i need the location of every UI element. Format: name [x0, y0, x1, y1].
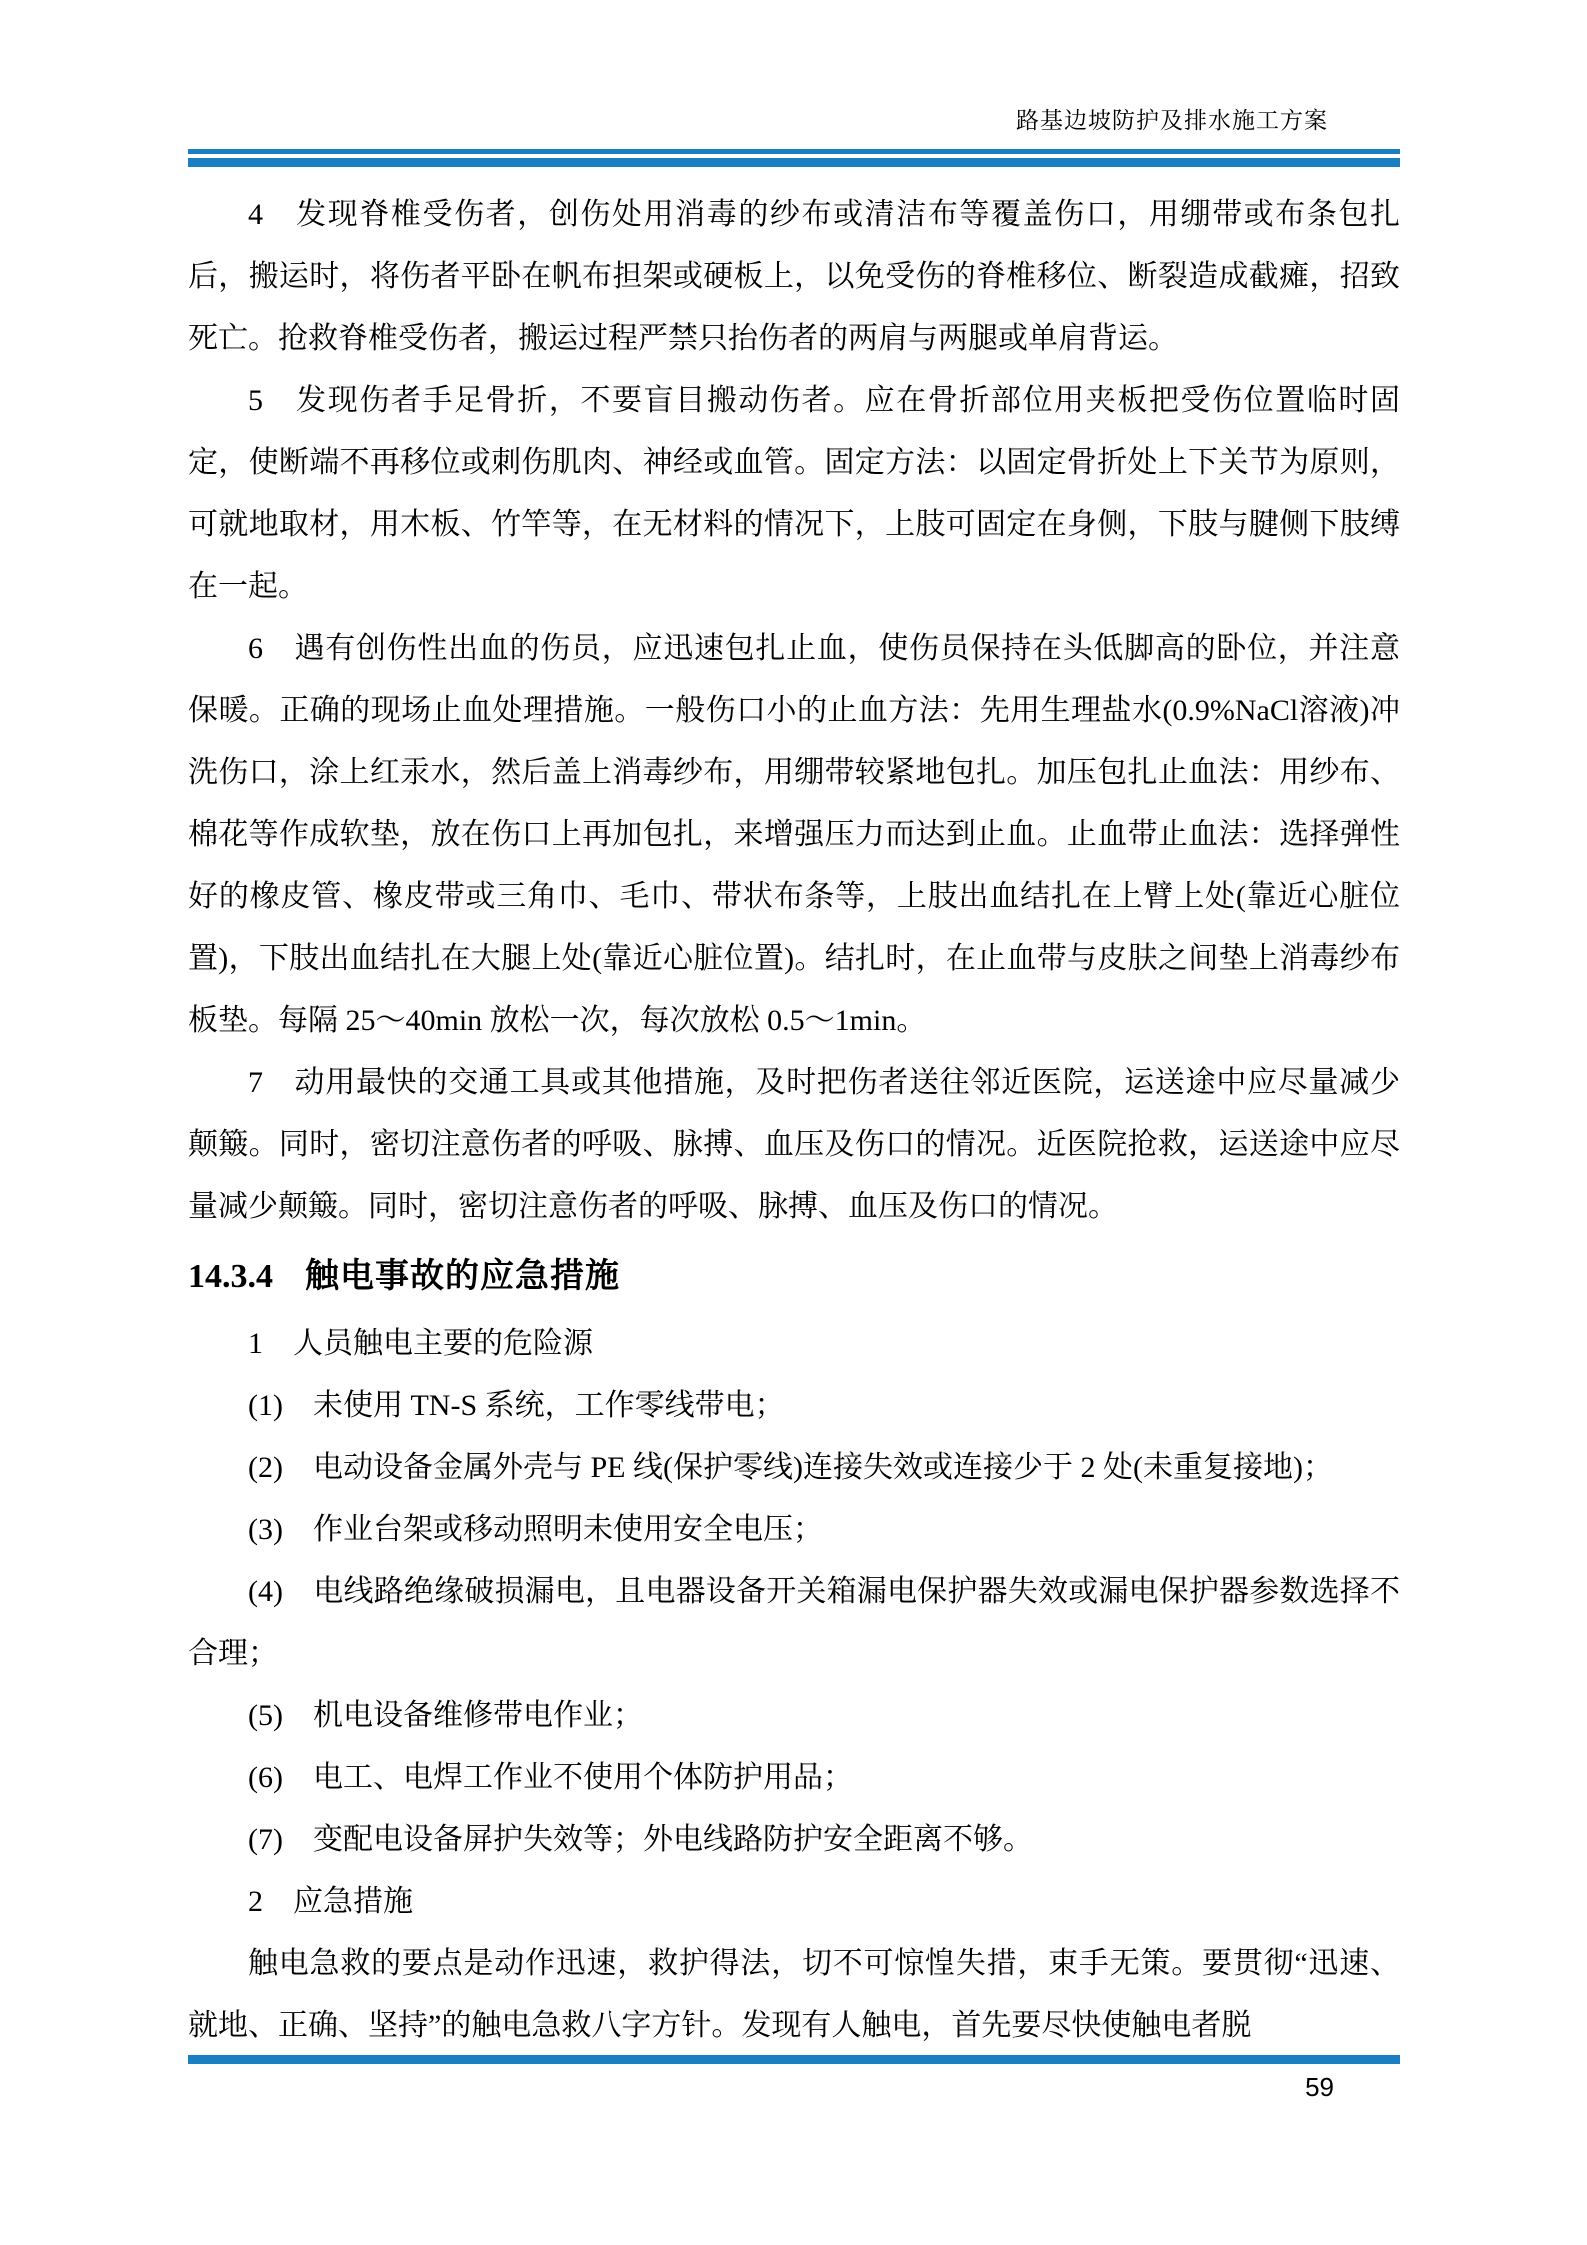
list-intro-hazards: 1 人员触电主要的危险源 — [188, 1313, 1400, 1375]
paragraph-fracture: 5 发现伤者手足骨折，不要盲目搬动伤者。应在骨折部位用夹板把受伤位置临时固定，使… — [188, 370, 1400, 618]
list-item-3: (3) 作业台架或移动照明未使用安全电压； — [188, 1499, 1400, 1561]
section-heading-number: 14.3.4 — [188, 1258, 273, 1295]
page-number: 59 — [188, 2070, 1400, 2104]
list-item-4: (4) 电线路绝缘破损漏电，且电器设备开关箱漏电保护器失效或漏电保护器参数选择不… — [188, 1561, 1400, 1685]
footer-rule — [188, 2055, 1400, 2064]
header-rule-thin — [188, 149, 1400, 154]
list-item-7: (7) 变配电设备屏护失效等；外电线路防护安全距离不够。 — [188, 1809, 1400, 1871]
header-rule-thick — [188, 158, 1400, 167]
document-page: 路基边坡防护及排水施工方案 4 发现脊椎受伤者，创伤处用消毒的纱布或清洁布等覆盖… — [0, 0, 1587, 2245]
list-intro-measures: 2 应急措施 — [188, 1871, 1400, 1933]
list-item-5: (5) 机电设备维修带电作业； — [188, 1685, 1400, 1747]
paragraph-bleeding: 6 遇有创伤性出血的伤员，应迅速包扎止血，使伤员保持在头低脚高的卧位，并注意保暖… — [188, 618, 1400, 1052]
section-heading-title: 触电事故的应急措施 — [305, 1257, 620, 1295]
paragraph-emergency-measures: 触电急救的要点是动作迅速，救护得法，切不可惊惶失措，束手无策。要贯彻“迅速、就地… — [188, 1933, 1400, 2057]
list-item-6: (6) 电工、电焊工作业不使用个体防护用品； — [188, 1747, 1400, 1809]
list-item-2: (2) 电动设备金属外壳与 PE 线(保护零线)连接失效或连接少于 2 处(未重… — [188, 1437, 1400, 1499]
list-item-1: (1) 未使用 TN-S 系统，工作零线带电； — [188, 1375, 1400, 1437]
paragraph-transport: 7 动用最快的交通工具或其他措施，及时把伤者送往邻近医院，运送途中应尽量减少颠簸… — [188, 1052, 1400, 1238]
page-header-title: 路基边坡防护及排水施工方案 — [188, 106, 1400, 136]
section-heading: 14.3.4触电事故的应急措施 — [188, 1246, 1400, 1307]
document-body: 4 发现脊椎受伤者，创伤处用消毒的纱布或清洁布等覆盖伤口，用绷带或布条包扎后，搬… — [188, 184, 1400, 2057]
paragraph-spine-injury: 4 发现脊椎受伤者，创伤处用消毒的纱布或清洁布等覆盖伤口，用绷带或布条包扎后，搬… — [188, 184, 1400, 370]
